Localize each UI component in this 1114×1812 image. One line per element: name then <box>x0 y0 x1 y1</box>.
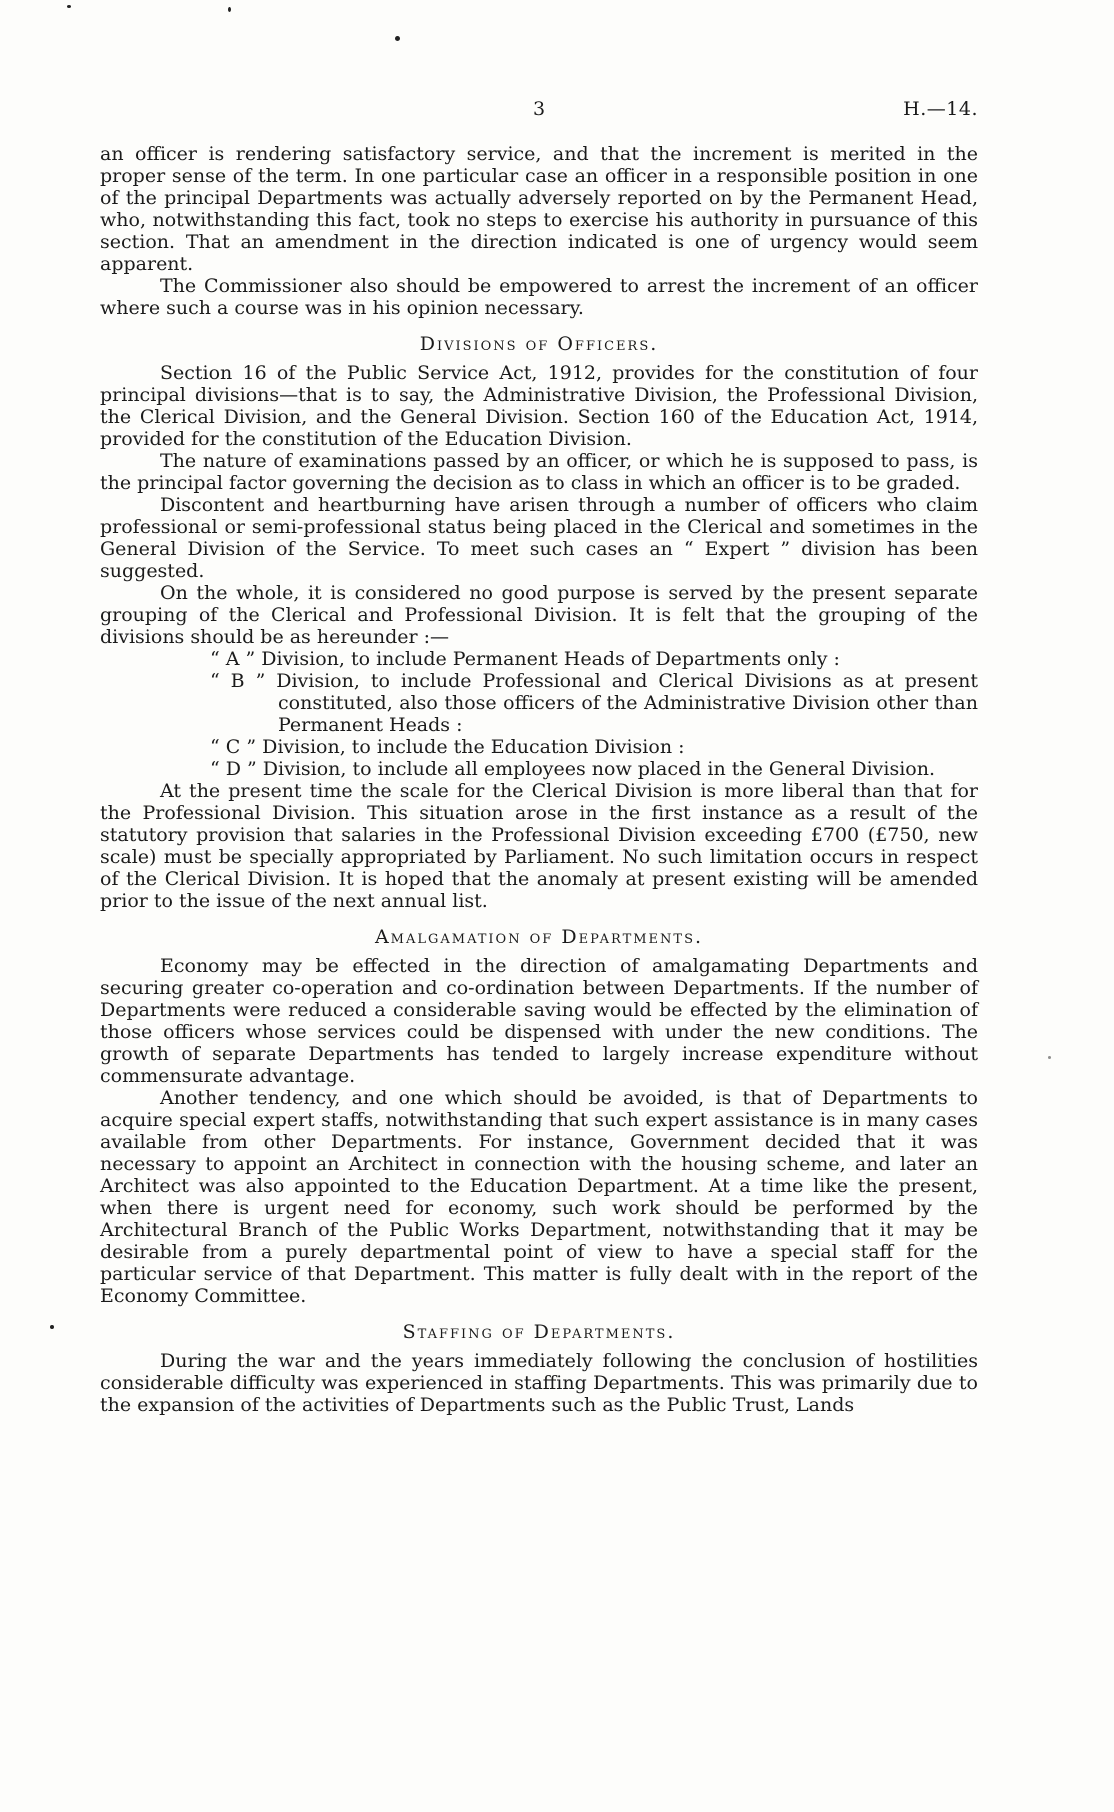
page-number: 3 <box>533 98 545 120</box>
section-heading-staffing-of-departments: Staffing of Departments. <box>100 1321 978 1343</box>
divisions-paragraph-5: At the present time the scale for the Cl… <box>100 780 978 912</box>
division-item-a: “ A ” Division, to include Permanent Hea… <box>100 648 978 670</box>
divisions-paragraph-1: Section 16 of the Public Service Act, 19… <box>100 362 978 450</box>
staffing-paragraph-1: During the war and the years immediately… <box>100 1350 978 1416</box>
division-list: “ A ” Division, to include Permanent Hea… <box>100 648 978 780</box>
intro-paragraph-2: The Commissioner also should be empowere… <box>100 275 978 319</box>
division-item-d: “ D ” Division, to include all employees… <box>100 758 978 780</box>
section-heading-divisions-of-officers: Divisions of Officers. <box>100 333 978 355</box>
scan-speck <box>50 1325 54 1329</box>
document-page: 3 H.—14. an officer is rendering satisfa… <box>100 98 978 1416</box>
running-header: 3 H.—14. <box>100 98 978 120</box>
divisions-paragraph-4: On the whole, it is considered no good p… <box>100 582 978 648</box>
amalgamation-paragraph-1: Economy may be effected in the direction… <box>100 955 978 1087</box>
scan-speck <box>395 36 400 41</box>
scan-speck <box>228 7 231 12</box>
divisions-paragraph-2: The nature of examinations passed by an … <box>100 450 978 494</box>
division-item-b: “ B ” Division, to include Professional … <box>100 670 978 736</box>
intro-paragraph-1: an officer is rendering satisfactory ser… <box>100 143 978 275</box>
page-body: an officer is rendering satisfactory ser… <box>100 143 978 1416</box>
scan-speck <box>1048 1056 1051 1059</box>
section-heading-amalgamation-of-departments: Amalgamation of Departments. <box>100 926 978 948</box>
document-code: H.—14. <box>903 98 978 120</box>
divisions-paragraph-3: Discontent and heartburning have arisen … <box>100 494 978 582</box>
division-item-c: “ C ” Division, to include the Education… <box>100 736 978 758</box>
scan-speck <box>67 5 71 8</box>
amalgamation-paragraph-2: Another tendency, and one which should b… <box>100 1087 978 1307</box>
